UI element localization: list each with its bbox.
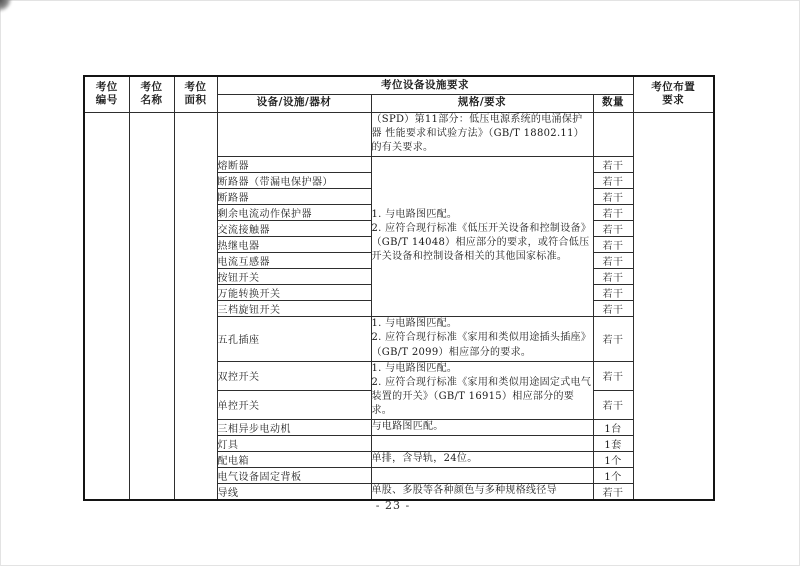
- cell-spec: 单股、多股等各种颜色与多种规格线径导: [371, 483, 593, 500]
- cell-seat-name: [129, 112, 174, 500]
- cell-spec: 1. 与电路图匹配。 2. 应符合现行标准《家用和类似用途固定式电气装置的开关》…: [371, 361, 593, 419]
- cell-equipment: 断路器: [217, 188, 371, 204]
- cell-qty: 若干: [593, 483, 633, 500]
- cell-seat-area: [174, 112, 217, 500]
- cell-qty: [593, 112, 633, 156]
- cell-equipment: 熔断器: [217, 156, 371, 172]
- cell-equipment: 按钮开关: [217, 268, 371, 284]
- document-page: { "page": { "number": "- 23 -" }, "heade…: [0, 0, 800, 566]
- cell-equipment: 电流互感器: [217, 252, 371, 268]
- cell-qty: 若干: [593, 390, 633, 419]
- cell-equipment: 交流接触器: [217, 220, 371, 236]
- cell-equipment: 断路器（带漏电保护器）: [217, 172, 371, 188]
- cell-spec: 与电路图匹配。: [371, 419, 593, 435]
- cell-equipment: 导线: [217, 483, 371, 500]
- cell-qty: 若干: [593, 204, 633, 220]
- header-spec: 规格/要求: [371, 94, 593, 112]
- cell-qty: 1个: [593, 467, 633, 483]
- cell-equipment: 万能转换开关: [217, 284, 371, 300]
- cell-equipment: 电气设备固定背板: [217, 467, 371, 483]
- cell-equipment: 双控开关: [217, 361, 371, 390]
- header-layout-requirements: 考位布置 要求: [633, 76, 714, 112]
- cell-spec: 单排，含导轨，24位。: [371, 451, 593, 467]
- cell-qty: 若干: [593, 268, 633, 284]
- header-seat-name: 考位 名称: [129, 76, 174, 112]
- cell-equipment: [217, 112, 371, 156]
- header-equipment-requirements: 考位设备设施要求: [217, 76, 633, 94]
- cell-equipment: 五孔插座: [217, 316, 371, 361]
- cell-qty: 若干: [593, 172, 633, 188]
- cell-spec: （SPD）第11部分：低压电源系统的电涌保护器 性能要求和试验方法》（GB/T …: [371, 112, 593, 156]
- header-seat-area: 考位 面积: [174, 76, 217, 112]
- cell-spec: 1. 与电路图匹配。 2. 应符合现行标准《家用和类似用途插头插座》（GB/T …: [371, 316, 593, 361]
- header-qty: 数量: [593, 94, 633, 112]
- cell-equipment: 剩余电流动作保护器: [217, 204, 371, 220]
- cell-qty: 1个: [593, 451, 633, 467]
- scan-artifact: [0, 0, 12, 12]
- cell-qty: 若干: [593, 252, 633, 268]
- cell-qty: 若干: [593, 236, 633, 252]
- requirements-table: 考位 编号 考位 名称 考位 面积 考位设备设施要求 考位布置 要求 设备/设施…: [83, 75, 715, 501]
- cell-qty: 若干: [593, 316, 633, 361]
- cell-qty: 1台: [593, 419, 633, 435]
- cell-equipment: 灯具: [217, 435, 371, 451]
- cell-qty: 若干: [593, 361, 633, 390]
- table-header-row-1: 考位 编号 考位 名称 考位 面积 考位设备设施要求 考位布置 要求: [84, 76, 714, 94]
- cell-layout-requirements: [633, 112, 714, 500]
- cell-seat-no: [84, 112, 129, 500]
- header-seat-no: 考位 编号: [84, 76, 129, 112]
- cell-qty: 若干: [593, 284, 633, 300]
- cell-equipment: 配电箱: [217, 451, 371, 467]
- cell-qty: 若干: [593, 156, 633, 172]
- cell-qty: 若干: [593, 300, 633, 316]
- cell-equipment: 三相异步电动机: [217, 419, 371, 435]
- cell-qty: 若干: [593, 188, 633, 204]
- page-number: - 23 -: [0, 499, 786, 512]
- cell-equipment: 三档旋钮开关: [217, 300, 371, 316]
- cell-spec: 1. 与电路图匹配。 2. 应符合现行标准《低压开关设备和控制设备》（GB/T …: [371, 156, 593, 316]
- cell-qty: 若干: [593, 220, 633, 236]
- cell-qty: 1套: [593, 435, 633, 451]
- header-equipment: 设备/设施/器材: [217, 94, 371, 112]
- cell-spec: [371, 435, 593, 451]
- table-row: （SPD）第11部分：低压电源系统的电涌保护器 性能要求和试验方法》（GB/T …: [84, 112, 714, 156]
- cell-spec: [371, 467, 593, 483]
- cell-equipment: 热继电器: [217, 236, 371, 252]
- cell-equipment: 单控开关: [217, 390, 371, 419]
